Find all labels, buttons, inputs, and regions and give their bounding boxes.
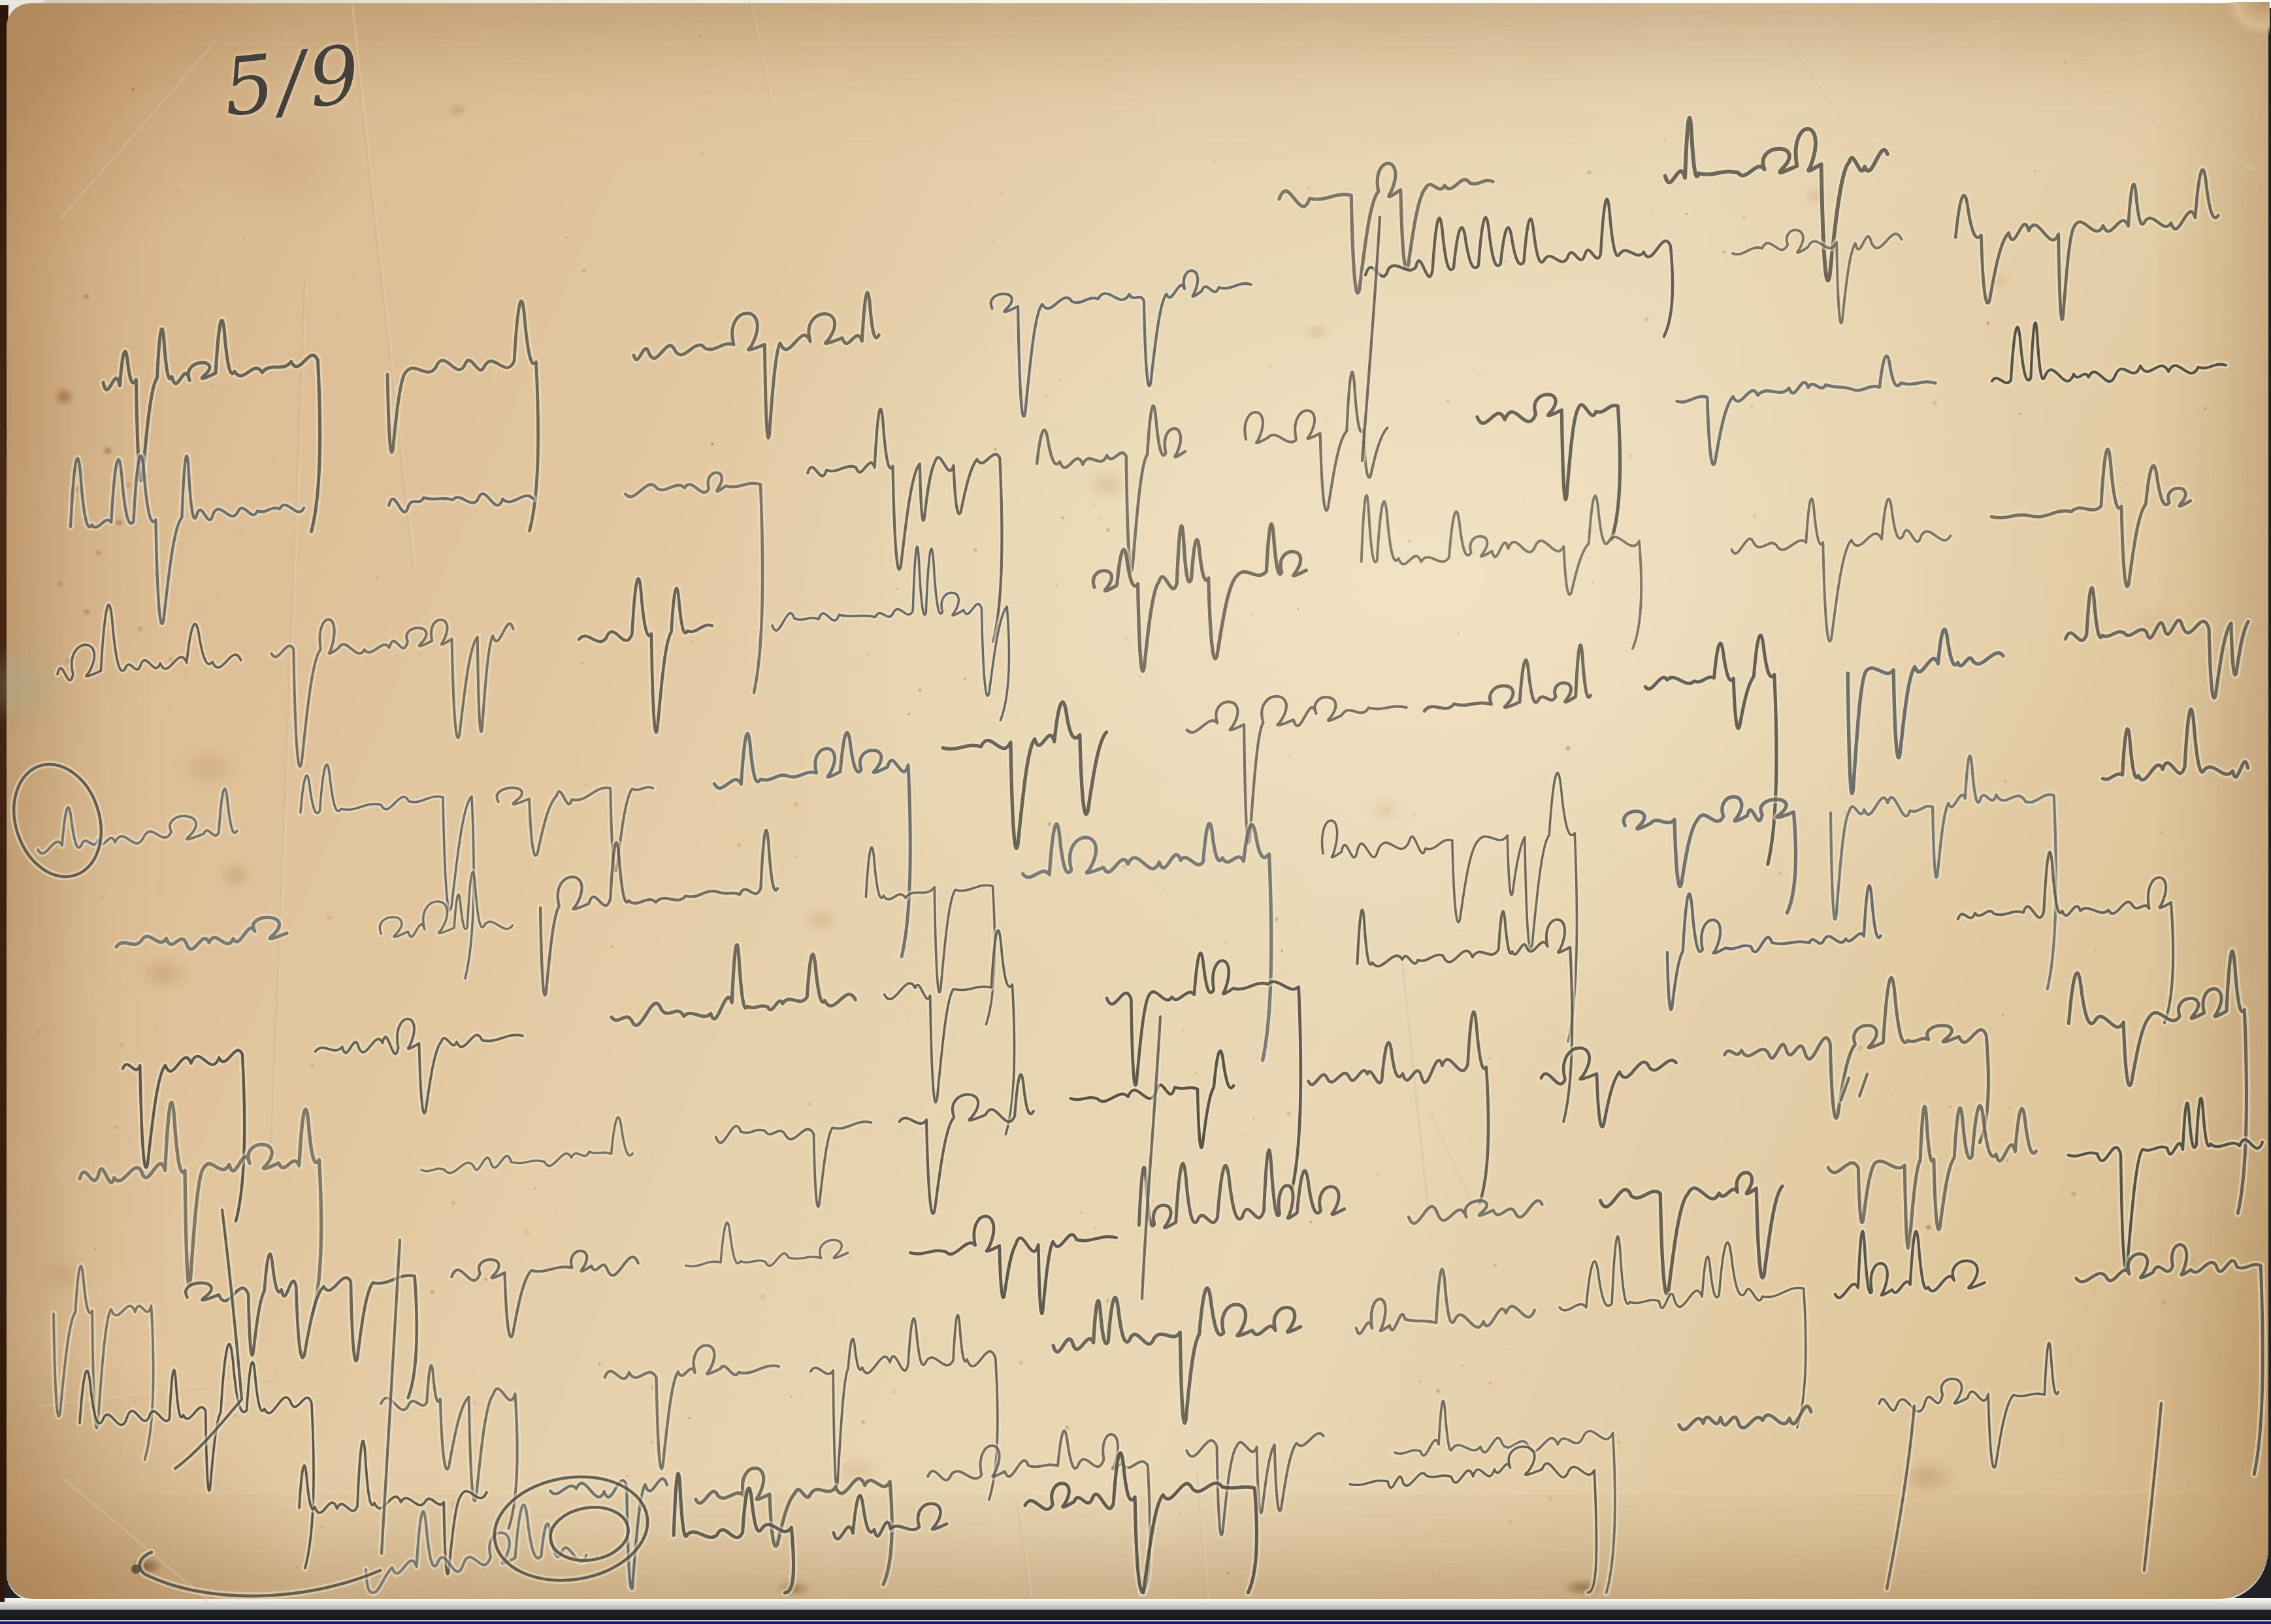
- body-line-1: [103, 170, 2218, 532]
- handwriting-layer: [0, 0, 2271, 1624]
- body-line-8: [54, 1098, 2263, 1460]
- body-line-5: [116, 709, 2248, 1060]
- period-dot: [131, 1565, 140, 1574]
- scanned-postcard: 5/9: [0, 0, 2271, 1624]
